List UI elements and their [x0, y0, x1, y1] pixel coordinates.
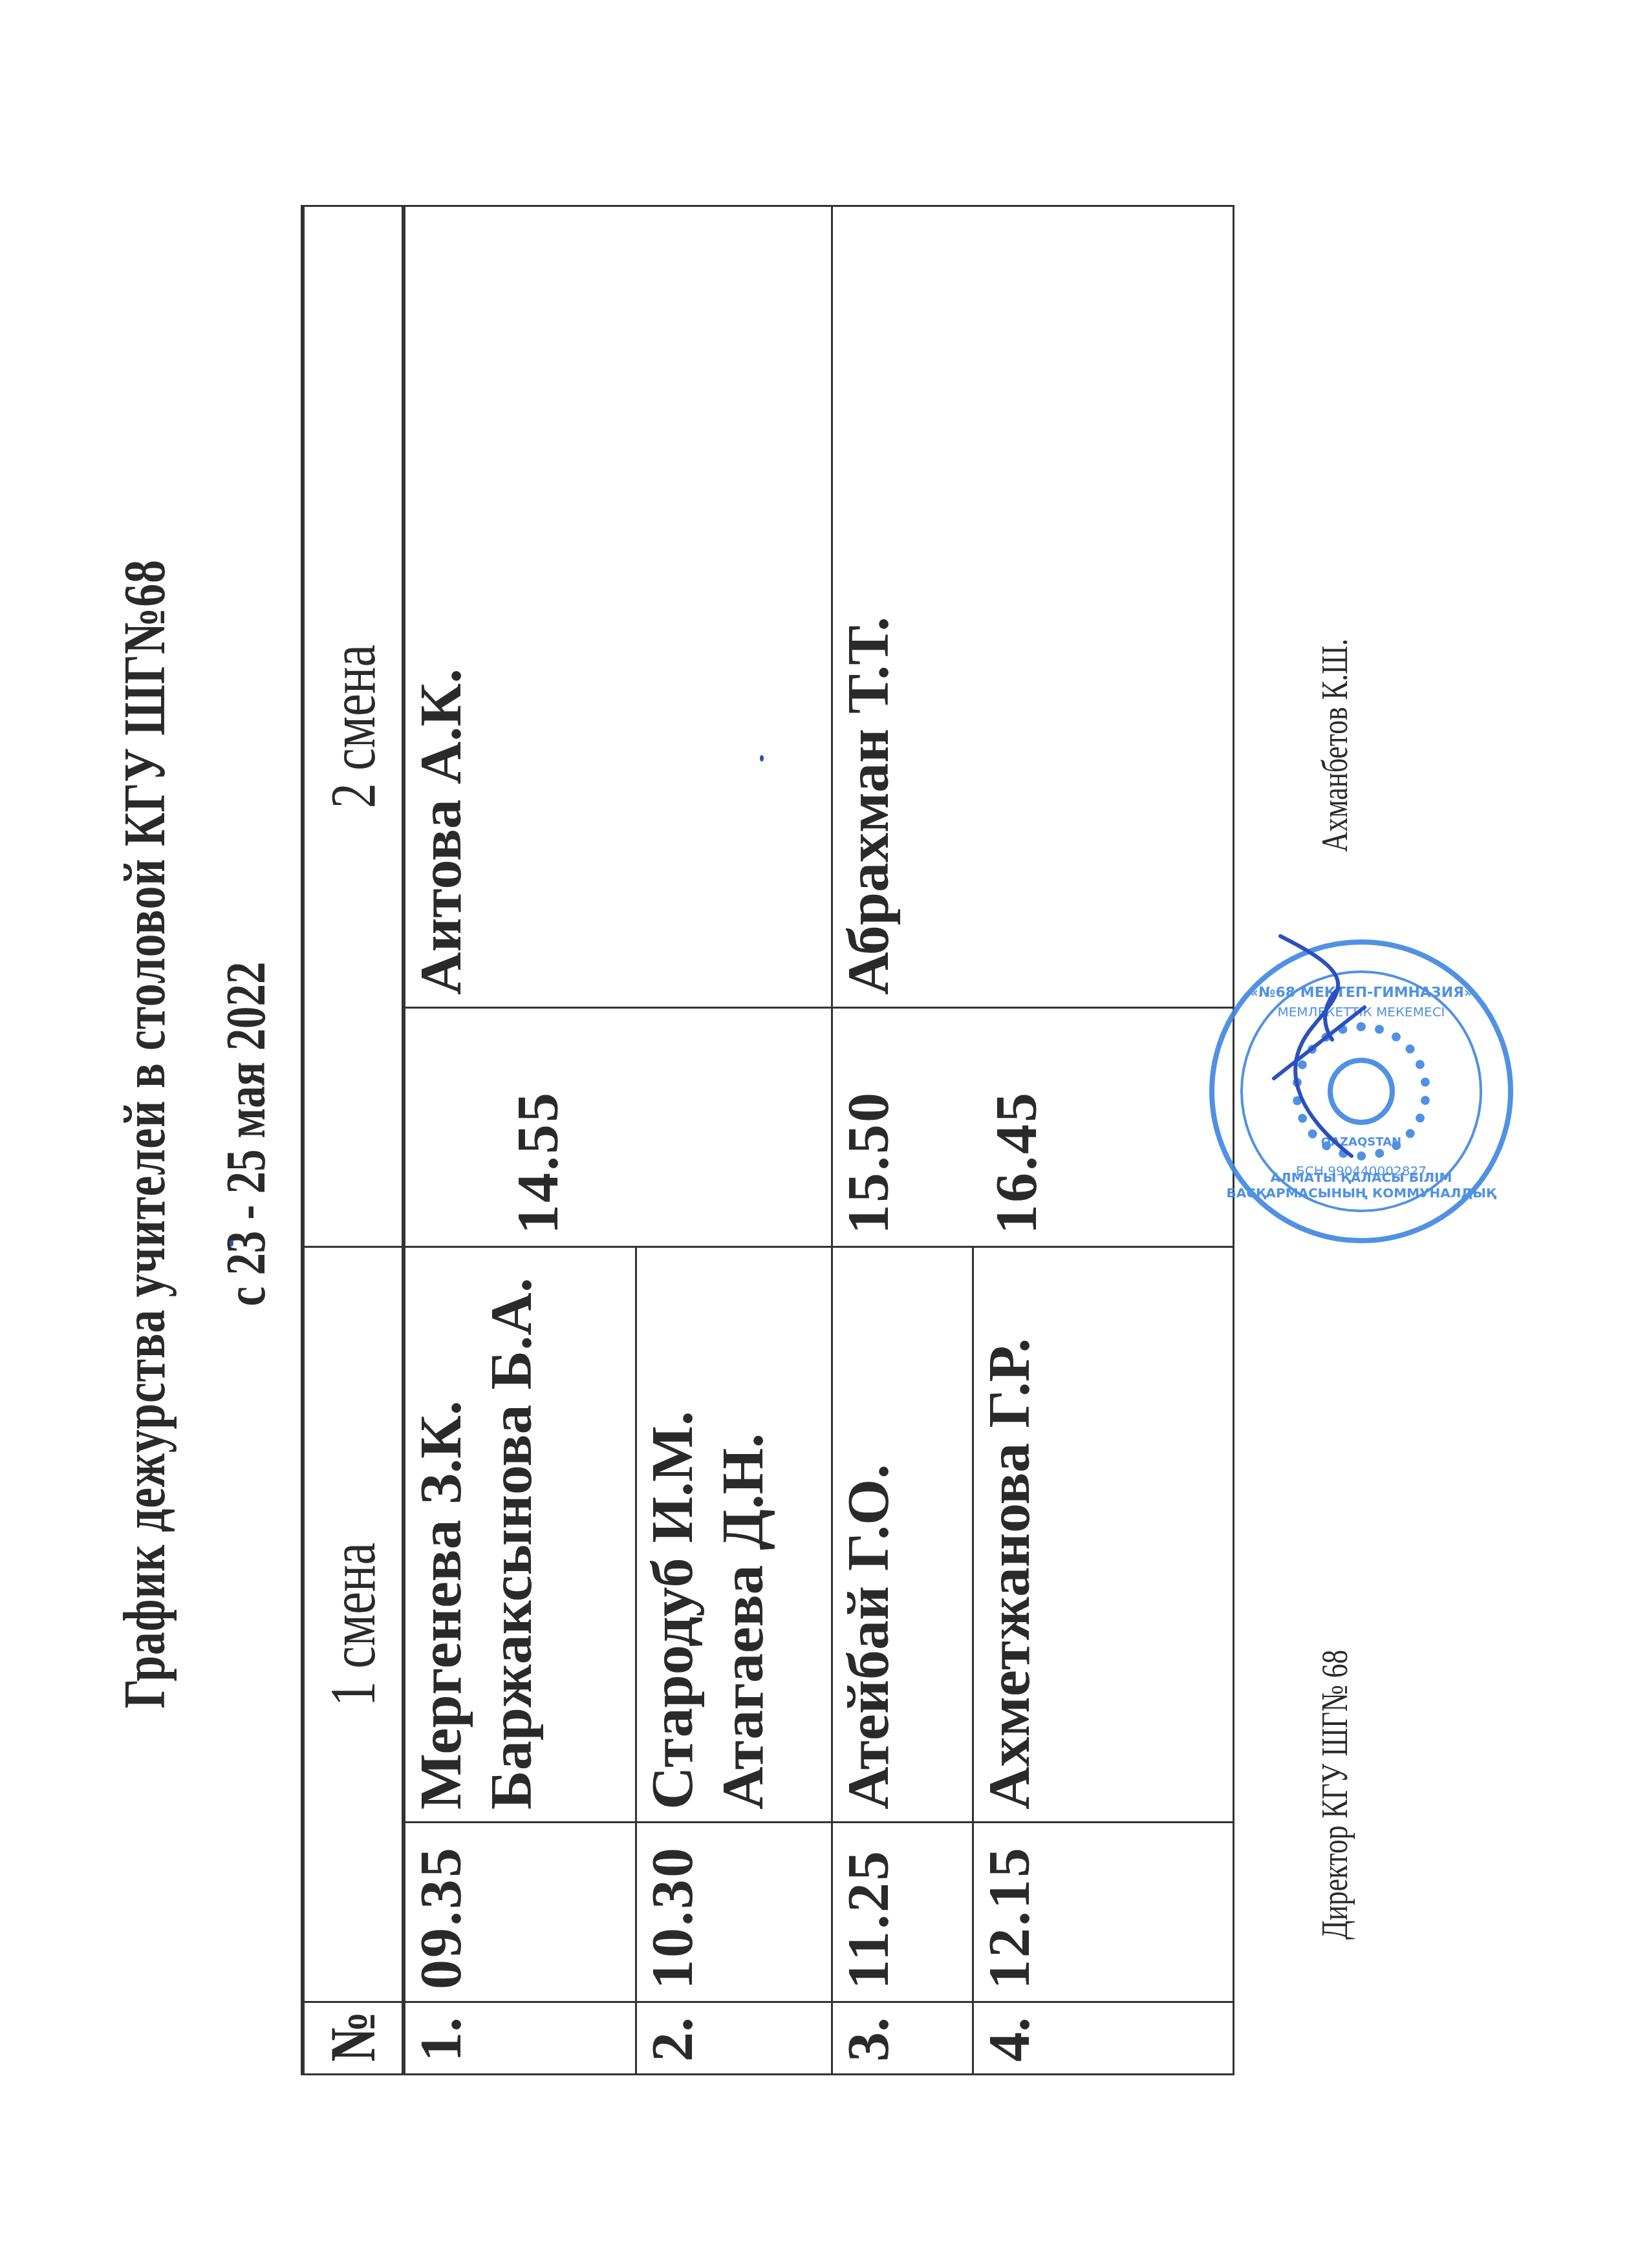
header-number: №: [303, 2002, 404, 2075]
table-row: 1. 09.35 Мергенева З.К. Баржаксынова Б.А…: [404, 206, 636, 2074]
table-header-row: № 1 смена 2 смена: [303, 206, 404, 2074]
teacher-name: Атагаева Д.Н.: [707, 1259, 778, 1810]
table-row: 3. 11.25 Атейбай Г.О. 15.50 16.45 Абрахм…: [832, 206, 973, 2074]
teacher-name: Атейбай Г.О.: [833, 1259, 903, 1810]
shift2-teachers: Абрахман Т.Т.: [832, 206, 1234, 1007]
scan-speck: [230, 1240, 233, 1246]
teacher-name: Абрахман Т.Т.: [833, 219, 903, 995]
shift1-teachers: Стародуб И.М. Атагаева Д.Н.: [636, 1246, 832, 1822]
header-shift-1: 1 смена: [303, 1246, 404, 2002]
shift2-time: 14.55: [404, 1007, 832, 1246]
shift2-time: 15.50 16.45: [832, 1007, 1234, 1246]
header-shift-2: 2 смена: [303, 206, 404, 1246]
teacher-name: Ахметжанова Г.Р.: [974, 1259, 1044, 1810]
row-number: 2.: [636, 2002, 832, 2075]
row-number: 4.: [973, 2002, 1234, 2075]
shift1-time: 11.25: [832, 1823, 973, 2002]
stamp-bottom-text: АЛМАТЫ ҚАЛАСЫ БІЛІМ БАСҚАРМАСЫНЫҢ КОММУН…: [1214, 1170, 1508, 1201]
shift1-time: 10.30: [636, 1823, 832, 2002]
row-number: 3.: [832, 2002, 973, 2075]
document-date-range: с 23 - 25 мая 2022: [213, 227, 278, 2041]
director-name: Ахманбетов К.Ш.: [1313, 639, 1356, 852]
row-number: 1.: [404, 2002, 636, 2075]
shift1-teachers: Ахметжанова Г.Р.: [973, 1246, 1234, 1822]
teacher-name: Баржаксынова Б.А.: [476, 1259, 546, 1810]
document-page: График дежурства учителей в столовой КГУ…: [0, 0, 1649, 2268]
handwritten-signature-icon: [1255, 923, 1384, 1169]
shift2-time-extra: 16.45: [981, 1020, 1051, 1234]
shift2-teachers: Аитова А.К.: [404, 206, 832, 1007]
shift1-time: 09.35: [404, 1823, 636, 2002]
director-position: Директор КГУ ШГ№ 68: [1313, 1650, 1356, 1940]
duty-schedule-table: № 1 смена 2 смена 1. 09.35 Мергенева З.К…: [301, 205, 1234, 2075]
document-title: График дежурства учителей в столовой КГУ…: [110, 250, 178, 2018]
teacher-name: Мергенева З.К.: [405, 1259, 476, 1810]
teacher-name: Стародуб И.М.: [637, 1259, 707, 1810]
teacher-name: Аитова А.К.: [405, 219, 476, 995]
shift1-time: 12.15: [973, 1823, 1234, 2002]
shift1-teachers: Атейбай Г.О.: [832, 1246, 973, 1822]
scan-speck: [760, 755, 764, 762]
shift1-teachers: Мергенева З.К. Баржаксынова Б.А.: [404, 1246, 636, 1822]
